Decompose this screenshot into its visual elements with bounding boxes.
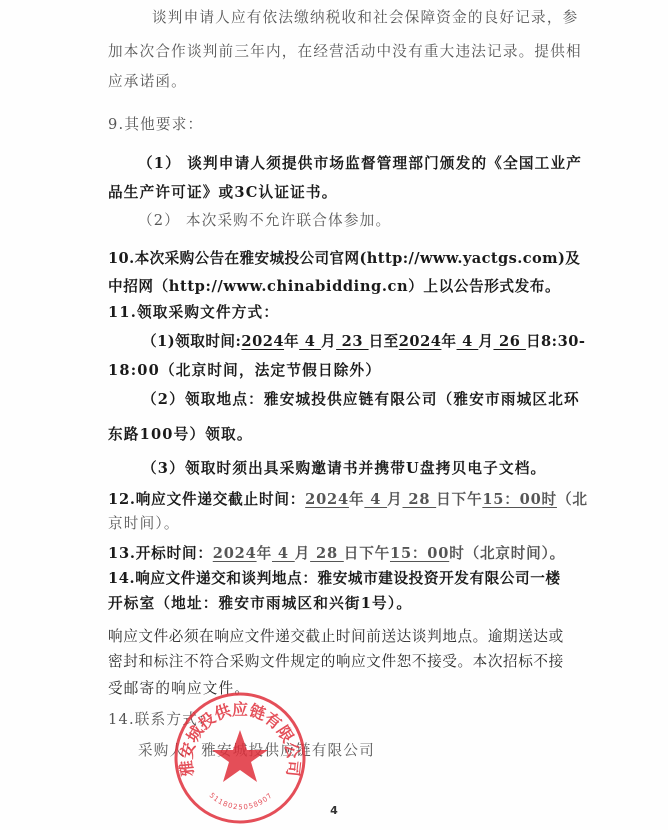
opening-month: 4 — [272, 545, 295, 562]
section-10-line-2: 中招网（http://www.chinabidding.cn）上以公告形式发布。 — [108, 277, 560, 297]
start-day: 23 — [336, 333, 368, 350]
end-day: 26 — [493, 333, 525, 350]
start-year: 2024 — [241, 333, 284, 350]
note-line-1: 响应文件必须在响应文件递交截止时间前送达谈判地点。逾期送达或 — [108, 627, 564, 647]
deadline-year: 2024 — [305, 491, 349, 508]
end-year: 2024 — [399, 333, 442, 350]
month-label: 月 — [478, 333, 493, 350]
opening-day: 28 — [310, 545, 344, 562]
paragraph-tax-line-1: 谈判申请人应有依法缴纳税收和社会保障资金的良好记录，参 — [152, 8, 578, 28]
year-label: 年 — [257, 545, 272, 562]
document-page: 谈判申请人应有依法缴纳税收和社会保障资金的良好记录，参 加本次合作谈判前三年内，… — [0, 0, 668, 830]
afternoon-label: 日下午 — [344, 545, 390, 562]
month-label: 月 — [321, 333, 336, 350]
section-11-title: 11.领取采购文件方式： — [108, 303, 279, 323]
section-11-item-1-line-1: （1)领取时间:2024年 4 月 23 日至2024年 4 月 26 日8:3… — [142, 332, 585, 352]
star-icon — [212, 730, 268, 782]
opening-year: 2024 — [213, 545, 257, 562]
year-label: 年 — [284, 333, 299, 350]
paragraph-tax-line-2: 加本次合作谈判前三年内，在经营活动中没有重大违法记录。提供相 — [108, 42, 582, 62]
deadline-time: 15：00时 — [482, 491, 557, 508]
time-range-start: 日8:30- — [526, 333, 586, 350]
section-9-item-2: （2） 本次采购不允许联合体参加。 — [138, 211, 391, 231]
timezone-suffix: 时（北京时间）。 — [449, 545, 565, 562]
section-12-line-1: 12.响应文件递交截止时间：2024年 4 月 28 日下午15：00时（北 — [108, 490, 588, 510]
section-9-title: 9.其他要求： — [108, 115, 203, 135]
afternoon-label: 日下午 — [436, 491, 482, 508]
year-label: 年 — [349, 491, 364, 508]
section-12-line-2: 京时间）。 — [108, 514, 180, 534]
year-label: 年 — [441, 333, 456, 350]
section-14-line-2: 开标室（地址：雅安市雨城区和兴街1号）。 — [108, 594, 412, 614]
month-label: 月 — [387, 491, 402, 508]
to-label: 日至 — [369, 333, 399, 350]
month-label: 月 — [295, 545, 310, 562]
section-10-line-1: 10.本次采购公告在雅安城投公司官网(http://www.yactgs.com… — [108, 249, 580, 269]
end-month: 4 — [457, 333, 479, 350]
section-9-item-1-line-2: 品生产许可证》或3C认证证书。 — [108, 183, 338, 203]
section-14-line-1: 14.响应文件递交和谈判地点：雅安城市建设投资开发有限公司一楼 — [108, 569, 561, 589]
deadline-label: 12.响应文件递交截止时间： — [108, 491, 305, 508]
page-number: 4 — [0, 804, 668, 817]
section-11-item-3: （3）领取时须出具采购邀请书并携带U盘拷贝电子文档。 — [142, 459, 546, 479]
opening-time: 15：00 — [390, 545, 449, 562]
deadline-day: 28 — [402, 491, 436, 508]
deadline-month: 4 — [364, 491, 387, 508]
section-9-item-1-line-1: （1） 谈判申请人须提供市场监督管理部门颁发的《全国工业产 — [138, 154, 582, 174]
pickup-time-label: （1)领取时间: — [142, 333, 241, 350]
section-11-item-2-line-2: 东路100号）领取。 — [108, 425, 253, 445]
section-13: 13.开标时间：2024年 4 月 28 日下午15：00时（北京时间）。 — [108, 544, 565, 564]
start-month: 4 — [299, 333, 321, 350]
section-11-item-2-line-1: （2）领取地点：雅安城投供应链有限公司（雅安市雨城区北环 — [142, 390, 580, 410]
section-11-item-1-line-2: 18:00（北京时间，法定节假日除外） — [108, 361, 381, 381]
note-line-2: 密封和标注不符合采购文件规定的响应文件恕不接受。本次招标不接 — [108, 652, 564, 672]
opening-label: 13.开标时间： — [108, 545, 213, 562]
timezone-prefix: （北 — [557, 491, 588, 508]
paragraph-tax-line-3: 应承诺函。 — [108, 72, 187, 92]
